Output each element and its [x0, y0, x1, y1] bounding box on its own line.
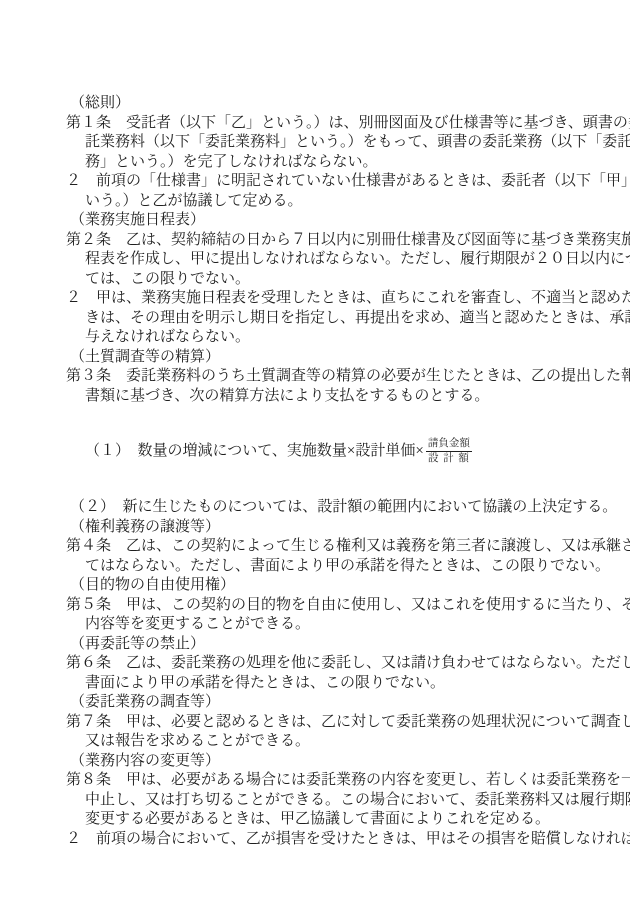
- article-1-continuation: 託業務料（以下「委託業務料」という。）をもって、頭書の委託業務（以下「委託業: [66, 133, 564, 153]
- article-2-line: 第２条 乙は、契約締結の日から７日以内に別冊仕様書及び図面等に基づき業務実施日: [66, 231, 564, 251]
- article-4-line: 第４条 乙は、この契約によって生じる権利又は義務を第三者に譲渡し、又は承継させ: [66, 537, 564, 557]
- article-2-paragraph-2-cont: 与えなければならない。: [66, 328, 564, 348]
- item-2-line: （２） 新に生じたものについては、設計額の範囲内において協議の上決定する。: [66, 498, 564, 518]
- article-1-paragraph-2: ２ 前項の「仕様書」に明記されていない仕様書があるときは、委託者（以下「甲」と: [66, 172, 564, 192]
- article-6-continuation: 書面により甲の承諾を得たときは、この限りでない。: [66, 674, 564, 694]
- article-1-line: 第１条 受託者（以下「乙」という。）は、別冊図面及び仕様書等に基づき、頭書の委: [66, 114, 564, 134]
- article-8-continuation: 変更する必要があるときは、甲乙協議して書面によりこれを定める。: [66, 810, 564, 830]
- section-heading-free-use: （目的物の自由使用権）: [66, 576, 564, 596]
- article-3-continuation: 書類に基づき、次の精算方法により支払をするものとする。: [66, 387, 564, 407]
- article-2-continuation: ては、この限りでない。: [66, 270, 564, 290]
- fraction: 請負金額設 計 額: [426, 438, 472, 465]
- article-7-continuation: 又は報告を求めることができる。: [66, 732, 564, 752]
- article-2-paragraph-2: ２ 甲は、業務実施日程表を受理したときは、直ちにこれを審査し、不適当と認めたと: [66, 289, 564, 309]
- article-5-continuation: 内容等を変更することができる。: [66, 615, 564, 635]
- formula-prefix: （１） 数量の増減について、実施数量×設計単価×: [85, 442, 424, 458]
- article-2-continuation: 程表を作成し、甲に提出しなければならない。ただし、履行期限が２０日以内につい: [66, 250, 564, 270]
- section-heading-settlement: （土質調査等の精算）: [66, 348, 564, 368]
- contract-document-page: （総則） 第１条 受託者（以下「乙」という。）は、別冊図面及び仕様書等に基づき、…: [0, 0, 630, 903]
- article-4-continuation: てはならない。ただし、書面により甲の承諾を得たときは、この限りでない。: [66, 557, 564, 577]
- article-8-continuation: 中止し、又は打ち切ることができる。この場合において、委託業務料又は履行期限を: [66, 791, 564, 811]
- article-8-line: 第８条 甲は、必要がある場合には委託業務の内容を変更し、若しくは委託業務を一時: [66, 771, 564, 791]
- item-1-formula-line: （１） 数量の増減について、実施数量×設計単価×請負金額設 計 額: [66, 418, 564, 484]
- section-heading-subcontract: （再委託等の禁止）: [66, 635, 564, 655]
- article-6-line: 第６条 乙は、委託業務の処理を他に委託し、又は請け負わせてはならない。ただし、: [66, 654, 564, 674]
- section-heading-general: （総則）: [66, 94, 564, 114]
- fraction-denominator: 設 計 額: [426, 452, 472, 465]
- article-3-line: 第３条 委託業務料のうち土質調査等の精算の必要が生じたときは、乙の提出した報告: [66, 367, 564, 387]
- section-heading-change: （業務内容の変更等）: [66, 752, 564, 772]
- article-2-paragraph-2-cont: きは、その理由を明示し期日を指定し、再提出を求め、適当と認めたときは、承認を: [66, 309, 564, 329]
- article-1-continuation: 務」という。）を完了しなければならない。: [66, 153, 564, 173]
- article-7-line: 第７条 甲は、必要と認めるときは、乙に対して委託業務の処理状況について調査し、: [66, 713, 564, 733]
- article-5-line: 第５条 甲は、この契約の目的物を自由に使用し、又はこれを使用するに当たり、その: [66, 596, 564, 616]
- article-8-paragraph-2: ２ 前項の場合において、乙が損害を受けたときは、甲はその損害を賠償しなければな: [66, 830, 564, 850]
- fraction-numerator: 請負金額: [426, 438, 472, 452]
- section-heading-inspection: （委託業務の調査等）: [66, 693, 564, 713]
- section-heading-assignment: （権利義務の譲渡等）: [66, 518, 564, 538]
- article-1-paragraph-2-cont: いう。）と乙が協議して定める。: [66, 192, 564, 212]
- section-heading-schedule: （業務実施日程表）: [66, 211, 564, 231]
